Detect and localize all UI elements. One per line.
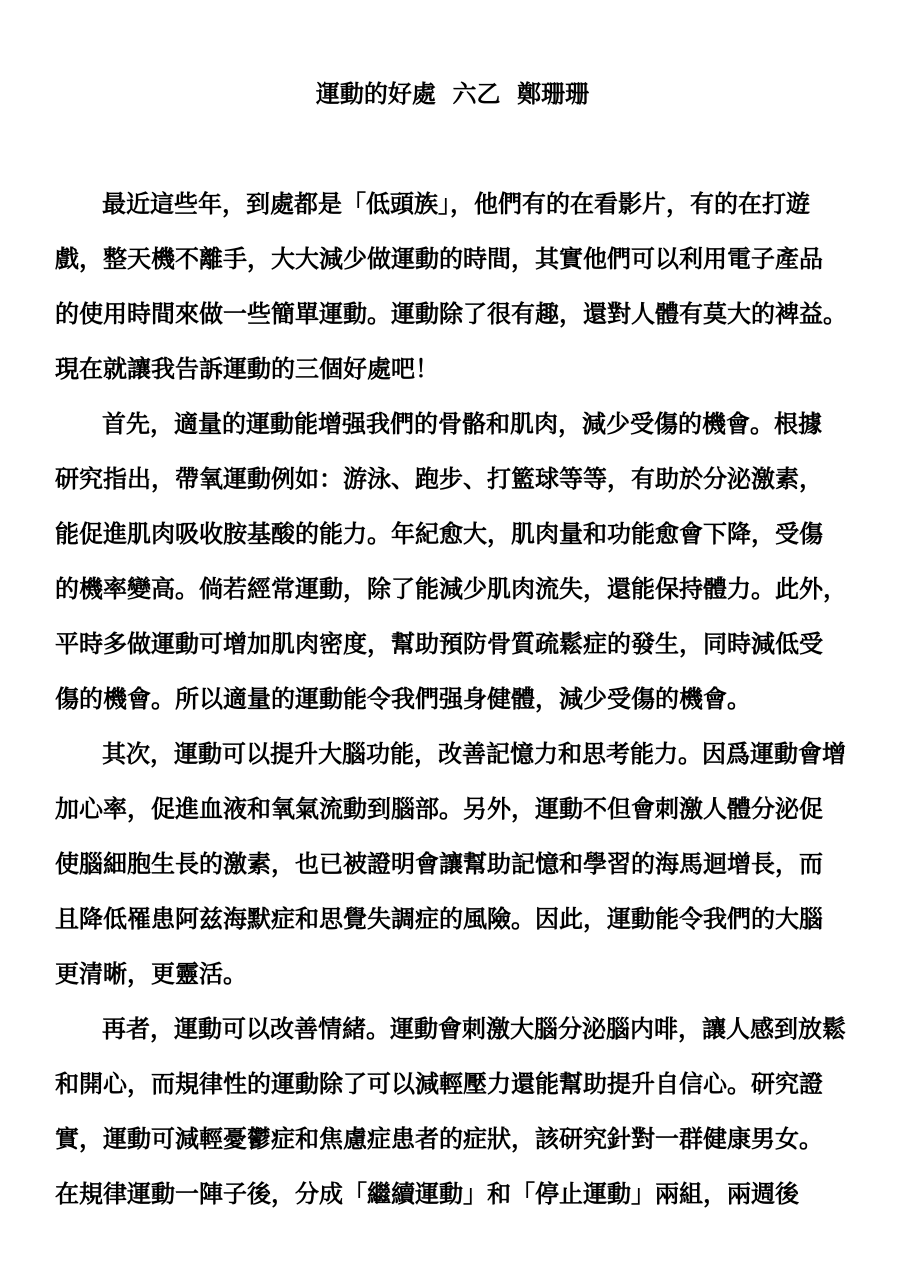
paragraph-first-line: 首先，適量的運動能增强我們的骨骼和肌肉，減少受傷的機會。根據 bbox=[55, 397, 850, 452]
text-line: 在規律運動一陣子後，分成「繼續運動」和「停止運動」兩組，兩週後 bbox=[55, 1167, 850, 1222]
paragraph-first-line: 其次，運動可以提升大腦功能，改善記憶力和思考能力。因爲運動會增 bbox=[55, 727, 850, 782]
text-line: 且降低罹患阿兹海默症和思覺失調症的風險。因此，運動能令我們的大腦 bbox=[55, 892, 850, 947]
text-line: 使腦細胞生長的激素，也已被證明會讓幫助記憶和學習的海馬迴增長，而 bbox=[55, 837, 850, 892]
text-line: 平時多做運動可增加肌肉密度，幫助預防骨質疏鬆症的發生，同時減低受 bbox=[55, 617, 850, 672]
paragraph: 其次，運動可以提升大腦功能，改善記憶力和思考能力。因爲運動會增加心率，促進血液和… bbox=[55, 727, 850, 1002]
paragraph-first-line: 再者，運動可以改善情緒。運動會刺激大腦分泌腦内啡，讓人感到放鬆 bbox=[55, 1002, 850, 1057]
text-line: 能促進肌肉吸收胺基酸的能力。年紀愈大，肌肉量和功能愈會下降，受傷 bbox=[55, 507, 850, 562]
text-line: 的使用時間來做一些簡單運動。運動除了很有趣，還對人體有莫大的裨益。 bbox=[55, 287, 850, 342]
text-line: 和開心，而規律性的運動除了可以減輕壓力還能幫助提升自信心。研究證 bbox=[55, 1057, 850, 1112]
text-line: 傷的機會。所以適量的運動能令我們强身健體，減少受傷的機會。 bbox=[55, 672, 850, 727]
text-line: 實，運動可減輕憂鬱症和焦慮症患者的症狀，該研究針對一群健康男女。 bbox=[55, 1112, 850, 1167]
document-body: 最近這些年，到處都是「低頭族」，他們有的在看影片，有的在打遊戲，整天機不離手，大… bbox=[55, 177, 850, 1222]
text-line: 加心率，促進血液和氧氣流動到腦部。另外，運動不但會刺激人體分泌促 bbox=[55, 782, 850, 837]
paragraph-first-line: 最近這些年，到處都是「低頭族」，他們有的在看影片，有的在打遊 bbox=[55, 177, 850, 232]
text-line: 研究指出，帶氧運動例如：游泳、跑步、打籃球等等，有助於分泌激素， bbox=[55, 452, 850, 507]
title-spacer bbox=[55, 122, 850, 177]
text-line: 戲，整天機不離手，大大減少做運動的時間，其實他們可以利用電子產品 bbox=[55, 232, 850, 287]
paragraph: 再者，運動可以改善情緒。運動會刺激大腦分泌腦内啡，讓人感到放鬆和開心，而規律性的… bbox=[55, 1002, 850, 1222]
paragraph: 最近這些年，到處都是「低頭族」，他們有的在看影片，有的在打遊戲，整天機不離手，大… bbox=[55, 177, 850, 397]
document-title: 運動的好處 六乙 鄭珊珊 bbox=[55, 67, 850, 122]
text-line: 現在就讓我告訴運動的三個好處吧！ bbox=[55, 342, 850, 397]
text-line: 的機率變高。倘若經常運動，除了能減少肌肉流失，還能保持體力。此外， bbox=[55, 562, 850, 617]
document-page: 運動的好處 六乙 鄭珊珊 最近這些年，到處都是「低頭族」，他們有的在看影片，有的… bbox=[0, 0, 905, 1280]
paragraph: 首先，適量的運動能增强我們的骨骼和肌肉，減少受傷的機會。根據研究指出，帶氧運動例… bbox=[55, 397, 850, 727]
text-line: 更清晰，更靈活。 bbox=[55, 947, 850, 1002]
